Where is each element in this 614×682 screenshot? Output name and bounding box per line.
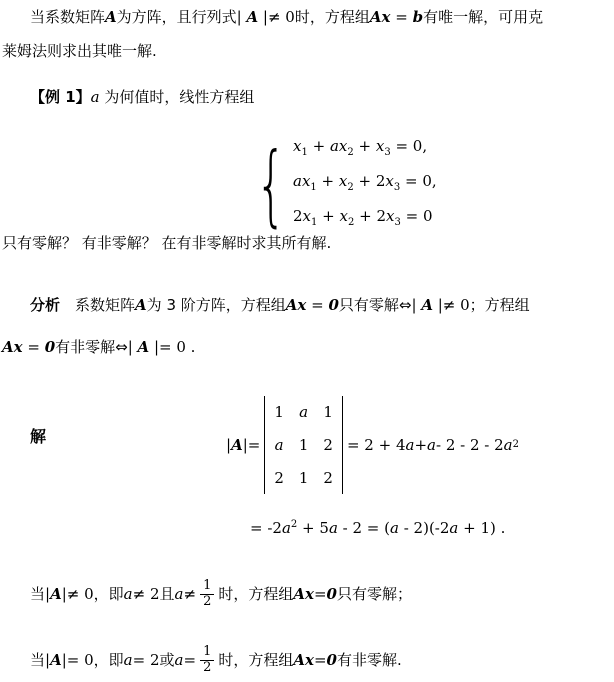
text-segment: + [317, 172, 339, 190]
text-segment: 【例 1】 [30, 88, 91, 106]
text-segment: x [340, 207, 348, 225]
text-segment: a [390, 519, 399, 537]
text-segment: A [135, 296, 147, 314]
matrix-cell: 2 [323, 434, 333, 456]
text-segment: A [247, 8, 259, 26]
text-segment: 有非零解. [337, 649, 402, 671]
text-segment: 时，方程组 [295, 8, 370, 26]
text-segment: A [105, 8, 117, 26]
text-segment: 2 [293, 207, 303, 225]
text-segment: + 2 [354, 207, 386, 225]
matrix-cell: 1 [299, 467, 309, 489]
text-segment: 为 3 阶方阵，方程组 [147, 296, 286, 314]
text-segment: + [354, 137, 376, 155]
question-line: 只有零解？ 有非零解？ 在有非零解时求其所有解. [2, 232, 331, 254]
text-segment: + 5 [297, 519, 329, 537]
text-segment: a [91, 88, 100, 106]
system-equation-2: ax1 + x2 + 2x3 = 0, [293, 167, 437, 202]
text-segment: ，即 [94, 649, 124, 671]
text-segment: Ax [293, 649, 314, 671]
text-segment: A [421, 296, 433, 314]
text-segment: 时，方程组 [218, 649, 293, 671]
text-segment: Ax [370, 8, 391, 26]
text-segment: 有非零解⇔ [55, 338, 128, 356]
text-segment: |≠ 0 [62, 583, 94, 605]
text-segment: |= 0 [62, 649, 94, 671]
text-segment: = 0, [391, 137, 427, 155]
text-segment: + [414, 434, 427, 456]
text-segment: = [390, 8, 412, 26]
matrix-cell: a [274, 434, 284, 456]
text-segment: | [237, 8, 247, 26]
text-segment: 有唯一解，可用克 [423, 8, 543, 26]
text-segment: A [50, 649, 62, 671]
text-segment: 时，方程组 [218, 583, 293, 605]
text-segment: Ax [293, 583, 314, 605]
determinant-lhs: | A |= [226, 434, 260, 456]
text-segment: + 2 [354, 172, 386, 190]
document-page: 当系数矩阵A为方阵，且行列式| A |≠ 0时，方程组Ax = b有唯一解，可用… [0, 0, 614, 682]
text-segment: 当 [30, 583, 45, 605]
text-segment: ≠ 2 [133, 583, 160, 605]
text-segment: - 2)(-2 [399, 519, 449, 537]
text-segment: ≠ [183, 583, 196, 605]
text-segment: 莱姆法则求出其唯一解. [2, 42, 157, 60]
determinant-matrix: 1a1a12212 [264, 396, 343, 494]
text-segment: = [306, 296, 328, 314]
text-segment: Ax [2, 338, 23, 356]
text-segment: 只有零解⇔ [339, 296, 412, 314]
text-segment: a [124, 583, 133, 605]
text-segment: |≠ 0 [433, 296, 470, 314]
text-segment: 或 [160, 649, 175, 671]
text-segment: | [411, 296, 421, 314]
text-segment: 只有零解； [337, 583, 412, 605]
matrix-cell: 1 [274, 401, 284, 423]
matrix-cell: a [299, 401, 309, 423]
text-segment: 0 [327, 649, 337, 671]
matrix-cell: 2 [274, 467, 284, 489]
text-segment: ，即 [94, 583, 124, 605]
text-segment: = 0, [400, 172, 436, 190]
text-segment: a [504, 434, 513, 456]
matrix-cell: 2 [323, 467, 333, 489]
text-segment: 且 [160, 583, 175, 605]
text-segment: a [282, 519, 291, 537]
text-segment: 2 [513, 434, 519, 456]
analysis-line-2: Ax = 0有非零解⇔| A |= 0 . [2, 336, 195, 358]
equation-system: { x1 + ax2 + x3 = 0, ax1 + x2 + 2x3 = 0,… [243, 132, 437, 237]
text-segment: a [175, 583, 184, 605]
text-segment: 0 [45, 338, 55, 356]
text-segment: |= 0 . [149, 338, 195, 356]
text-segment: 只有零解？ 有非零解？ 在有非零解时求其所有解. [2, 234, 331, 252]
text-segment: 为方阵，且行列式 [117, 8, 237, 26]
text-segment: + [317, 207, 339, 225]
text-segment: ；方程组 [470, 296, 530, 314]
text-segment: = 0 [401, 207, 433, 225]
text-segment: - 2 = ( [338, 519, 390, 537]
intro-line-2: 莱姆法则求出其唯一解. [2, 40, 157, 62]
conclusion-line-1: 当| A |≠ 0，即a ≠ 2 且 a ≠ 12时，方程组Ax = 0只有零解… [30, 570, 412, 618]
text-segment: 当 [30, 649, 45, 671]
text-segment: Ax [286, 296, 307, 314]
example-heading: 【例 1】a 为何值时，线性方程组 [30, 86, 254, 108]
solution-label: 解 [30, 426, 46, 448]
text-segment: ax [330, 137, 347, 155]
text-segment: = [314, 649, 327, 671]
text-segment: a [427, 434, 436, 456]
system-equation-1: x1 + ax2 + x3 = 0, [293, 132, 437, 167]
text-segment: A [50, 583, 62, 605]
text-segment: = -2 [250, 519, 282, 537]
text-segment: = [314, 583, 327, 605]
text-segment: 0 [327, 583, 337, 605]
text-segment: 系数矩阵 [60, 296, 135, 314]
text-segment: = [23, 338, 45, 356]
text-segment: | [128, 338, 138, 356]
text-segment: x [385, 172, 393, 190]
text-segment: 为何值时，线性方程组 [100, 88, 255, 106]
text-segment: a [406, 434, 415, 456]
text-segment: 12 [200, 579, 214, 610]
determinant-rhs: = 2 + 4a + a - 2 - 2 - 2a2 [347, 434, 519, 456]
text-segment: ax [293, 172, 310, 190]
text-segment: = 2 + 4 [347, 434, 406, 456]
text-segment: 分析 [30, 296, 60, 314]
intro-line-1: 当系数矩阵A为方阵，且行列式| A |≠ 0时，方程组Ax = b有唯一解，可用… [30, 6, 543, 28]
determinant-equation: | A |= 1a1a12212 = 2 + 4a + a - 2 - 2 - … [226, 396, 519, 494]
result-line: = -2a2 + 5a - 2 = (a - 2)(-2a + 1) . [250, 514, 505, 539]
text-segment: = [183, 649, 196, 671]
text-segment: 当系数矩阵 [30, 8, 105, 26]
text-segment: = 2 [133, 649, 160, 671]
text-segment: 12 [200, 645, 214, 676]
analysis-line-1: 分析 系数矩阵A为 3 阶方阵，方程组Ax = 0只有零解⇔| A |≠ 0；方… [30, 294, 530, 316]
text-segment: x [303, 207, 311, 225]
system-left-brace: { [256, 141, 287, 229]
text-segment: |≠ 0 [258, 8, 295, 26]
text-segment: - 2 - 2 - 2 [436, 434, 504, 456]
text-segment: a [329, 519, 338, 537]
conclusion-line-2: 当| A |= 0，即a = 2 或 a = 12时，方程组Ax = 0有非零解… [30, 638, 402, 682]
text-segment: + [308, 137, 330, 155]
text-segment: 0 [328, 296, 338, 314]
text-segment: + 1) . [458, 519, 505, 537]
system-rows: x1 + ax2 + x3 = 0, ax1 + x2 + 2x3 = 0, 2… [293, 132, 437, 237]
text-segment: b [413, 8, 424, 26]
matrix-cell: 1 [299, 434, 309, 456]
matrix-cell: 1 [323, 401, 333, 423]
text-segment: A [231, 434, 243, 456]
text-segment: A [138, 338, 150, 356]
text-segment: |= [243, 434, 261, 456]
text-segment: a [175, 649, 184, 671]
text-segment: a [124, 649, 133, 671]
